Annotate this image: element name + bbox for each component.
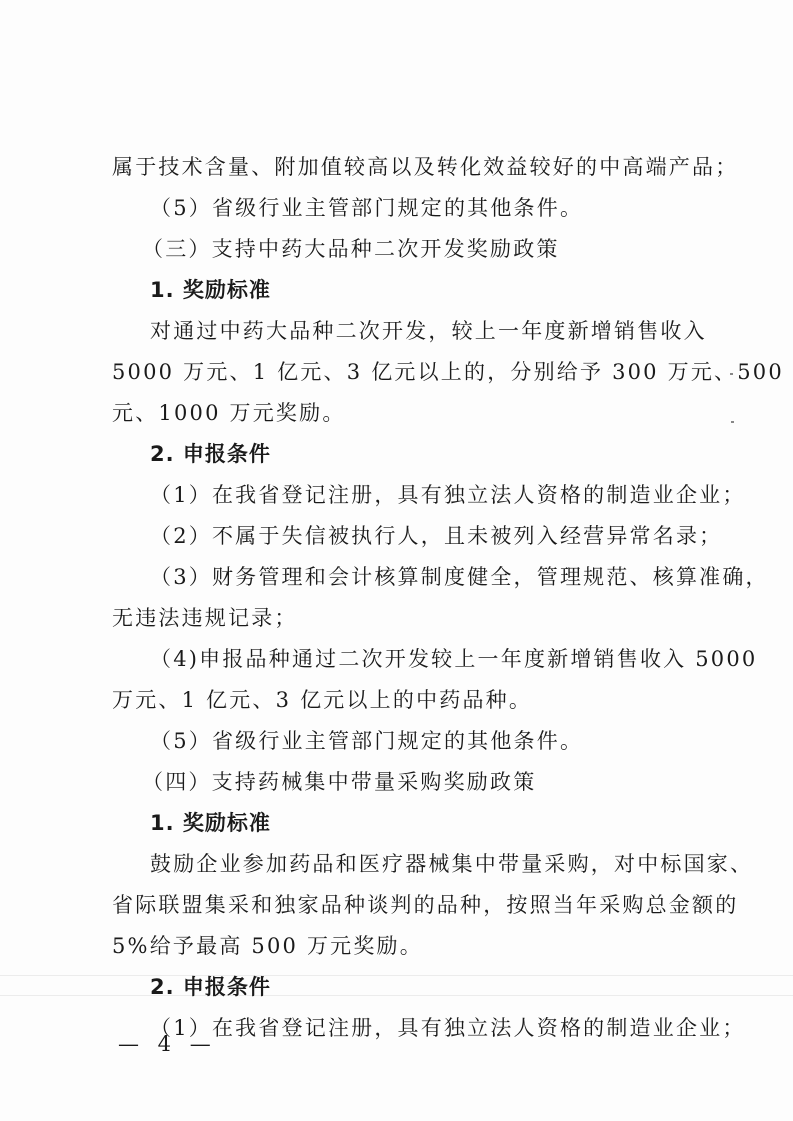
text-line: 省际联盟集采和独家品种谈判的品种，按照当年采购总金额的 [112, 890, 694, 920]
text-line: 5000 万元、1 亿元、3 亿元以上的，分别给予 300 万元、500 万 [112, 357, 694, 387]
subheading: 2. 申报条件 [150, 972, 271, 1002]
text-line: 5%给予最高 500 万元奖励。 [112, 931, 423, 961]
list-item: （2）不属于失信被执行人，且未被列入经营异常名录； [150, 521, 722, 551]
list-item: （1）在我省登记注册，具有独立法人资格的制造业企业； [150, 1013, 694, 1043]
text-line: 元、1000 万元奖励。 [112, 398, 346, 428]
scan-artifact-line [0, 975, 793, 976]
section-heading: （四）支持药械集中带量采购奖励政策 [142, 767, 536, 797]
subheading: 1. 奖励标准 [150, 808, 271, 838]
text-line: 无违法违规记录； [112, 603, 298, 633]
subheading: 2. 申报条件 [150, 439, 271, 469]
text-line: 对通过中药大品种二次开发，较上一年度新增销售收入 [150, 316, 694, 346]
text-line: 万元、1 亿元、3 亿元以上的中药品种。 [112, 685, 532, 715]
subheading: 1. 奖励标准 [150, 275, 271, 305]
list-item: （1）在我省登记注册，具有独立法人资格的制造业企业； [150, 480, 694, 510]
document-page: 属于技术含量、附加值较高以及转化效益较好的中高端产品； （5）省级行业主管部门规… [0, 0, 793, 1121]
scan-artifact-line [0, 995, 793, 996]
page-number: — 4 — [118, 1032, 217, 1056]
section-heading: （三）支持中药大品种二次开发奖励政策 [142, 234, 560, 264]
text-line: 鼓励企业参加药品和医疗器械集中带量采购，对中标国家、 [150, 849, 694, 879]
list-item: （3）财务管理和会计核算制度健全，管理规范、核算准确， [150, 562, 694, 592]
text-line: 属于技术含量、附加值较高以及转化效益较好的中高端产品； [112, 152, 694, 182]
list-item: （5）省级行业主管部门规定的其他条件。 [150, 726, 583, 756]
scan-artifact-mark [731, 421, 734, 423]
list-item: （4)申报品种通过二次开发较上一年度新增销售收入 5000 [150, 644, 694, 674]
list-item: （5）省级行业主管部门规定的其他条件。 [150, 193, 583, 223]
